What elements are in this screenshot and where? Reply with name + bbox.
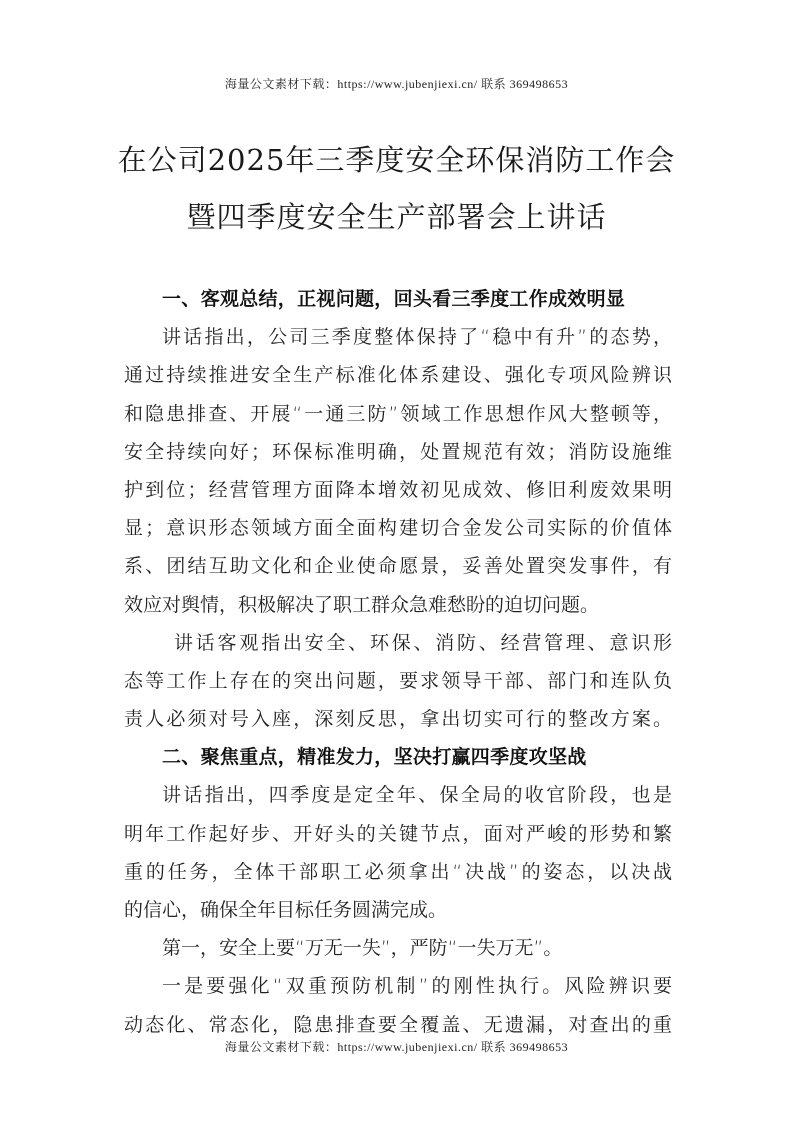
paragraph-5: 一是要强化“双重预防机制”的刚性执行。风险辨识要 动态化、常态化，隐患排查要全覆…	[124, 967, 672, 1043]
paragraph-line: 安全持续向好；环保标准明确，处置规范有效；消防设施维	[124, 433, 672, 471]
paragraph-line: 重的任务，全体干部职工必须拿出“决战”的姿态，以决战	[124, 853, 672, 891]
paragraph-line: 的信心，确保全年目标任务圆满完成。	[124, 891, 672, 929]
paragraph-line: 效应对舆情，积极解决了职工群众急难愁盼的迫切问题。	[124, 586, 672, 624]
paragraph-1: 讲话指出，公司三季度整体保持了“稳中有升”的态势， 通过持续推进安全生产标准化体…	[124, 318, 672, 624]
section-heading-1: 一、客观总结，正视问题，回头看三季度工作成效明显	[124, 280, 672, 318]
page-footer-watermark: 海量公文素材下载：https://www.jubenjiexi.cn/ 联系 3…	[0, 1038, 793, 1055]
paragraph-line: 通过持续推进安全生产标准化体系建设、强化专项风险辨识	[124, 356, 672, 394]
paragraph-line: 态等工作上存在的突出问题，要求领导干部、部门和连队负	[124, 662, 672, 700]
document-body: 一、客观总结，正视问题，回头看三季度工作成效明显 讲话指出，公司三季度整体保持了…	[124, 280, 672, 1044]
paragraph-line: 护到位；经营管理方面降本增效初见成效、修旧利废效果明	[124, 471, 672, 509]
paragraph-3: 讲话指出，四季度是定全年、保全局的收官阶段，也是 明年工作起好步、开好头的关键节…	[124, 776, 672, 929]
paragraph-2: 讲话客观指出安全、环保、消防、经营管理、意识形 态等工作上存在的突出问题，要求领…	[124, 624, 672, 739]
paragraph-line: 责人必须对号入座，深刻反思，拿出切实可行的整改方案。	[124, 700, 672, 738]
document-title-line-1: 在公司2025年三季度安全环保消防工作会	[0, 138, 793, 179]
paragraph-line: 显；意识形态领域方面全面构建切合金发公司实际的价值体	[124, 509, 672, 547]
paragraph-line: 讲话指出，公司三季度整体保持了“稳中有升”的态势，	[124, 318, 672, 356]
paragraph-line: 讲话客观指出安全、环保、消防、经营管理、意识形	[124, 624, 672, 662]
paragraph-line: 和隐患排查、开展“一通三防”领域工作思想作风大整顿等，	[124, 395, 672, 433]
page-header-watermark: 海量公文素材下载：https://www.jubenjiexi.cn/ 联系 3…	[0, 75, 793, 92]
section-heading-2: 二、聚焦重点，精准发力，坚决打赢四季度攻坚战	[124, 738, 672, 776]
paragraph-line: 系、团结互助文化和企业使命愿景，妥善处置突发事件，有	[124, 547, 672, 585]
paragraph-line: 第一，安全上要“万无一失”，严防“一失万无”。	[124, 929, 672, 967]
paragraph-4: 第一，安全上要“万无一失”，严防“一失万无”。	[124, 929, 672, 967]
paragraph-line: 讲话指出，四季度是定全年、保全局的收官阶段，也是	[124, 776, 672, 814]
paragraph-line: 一是要强化“双重预防机制”的刚性执行。风险辨识要	[124, 967, 672, 1005]
paragraph-line: 明年工作起好步、开好头的关键节点，面对严峻的形势和繁	[124, 815, 672, 853]
document-title-line-2: 暨四季度安全生产部署会上讲话	[0, 195, 793, 236]
